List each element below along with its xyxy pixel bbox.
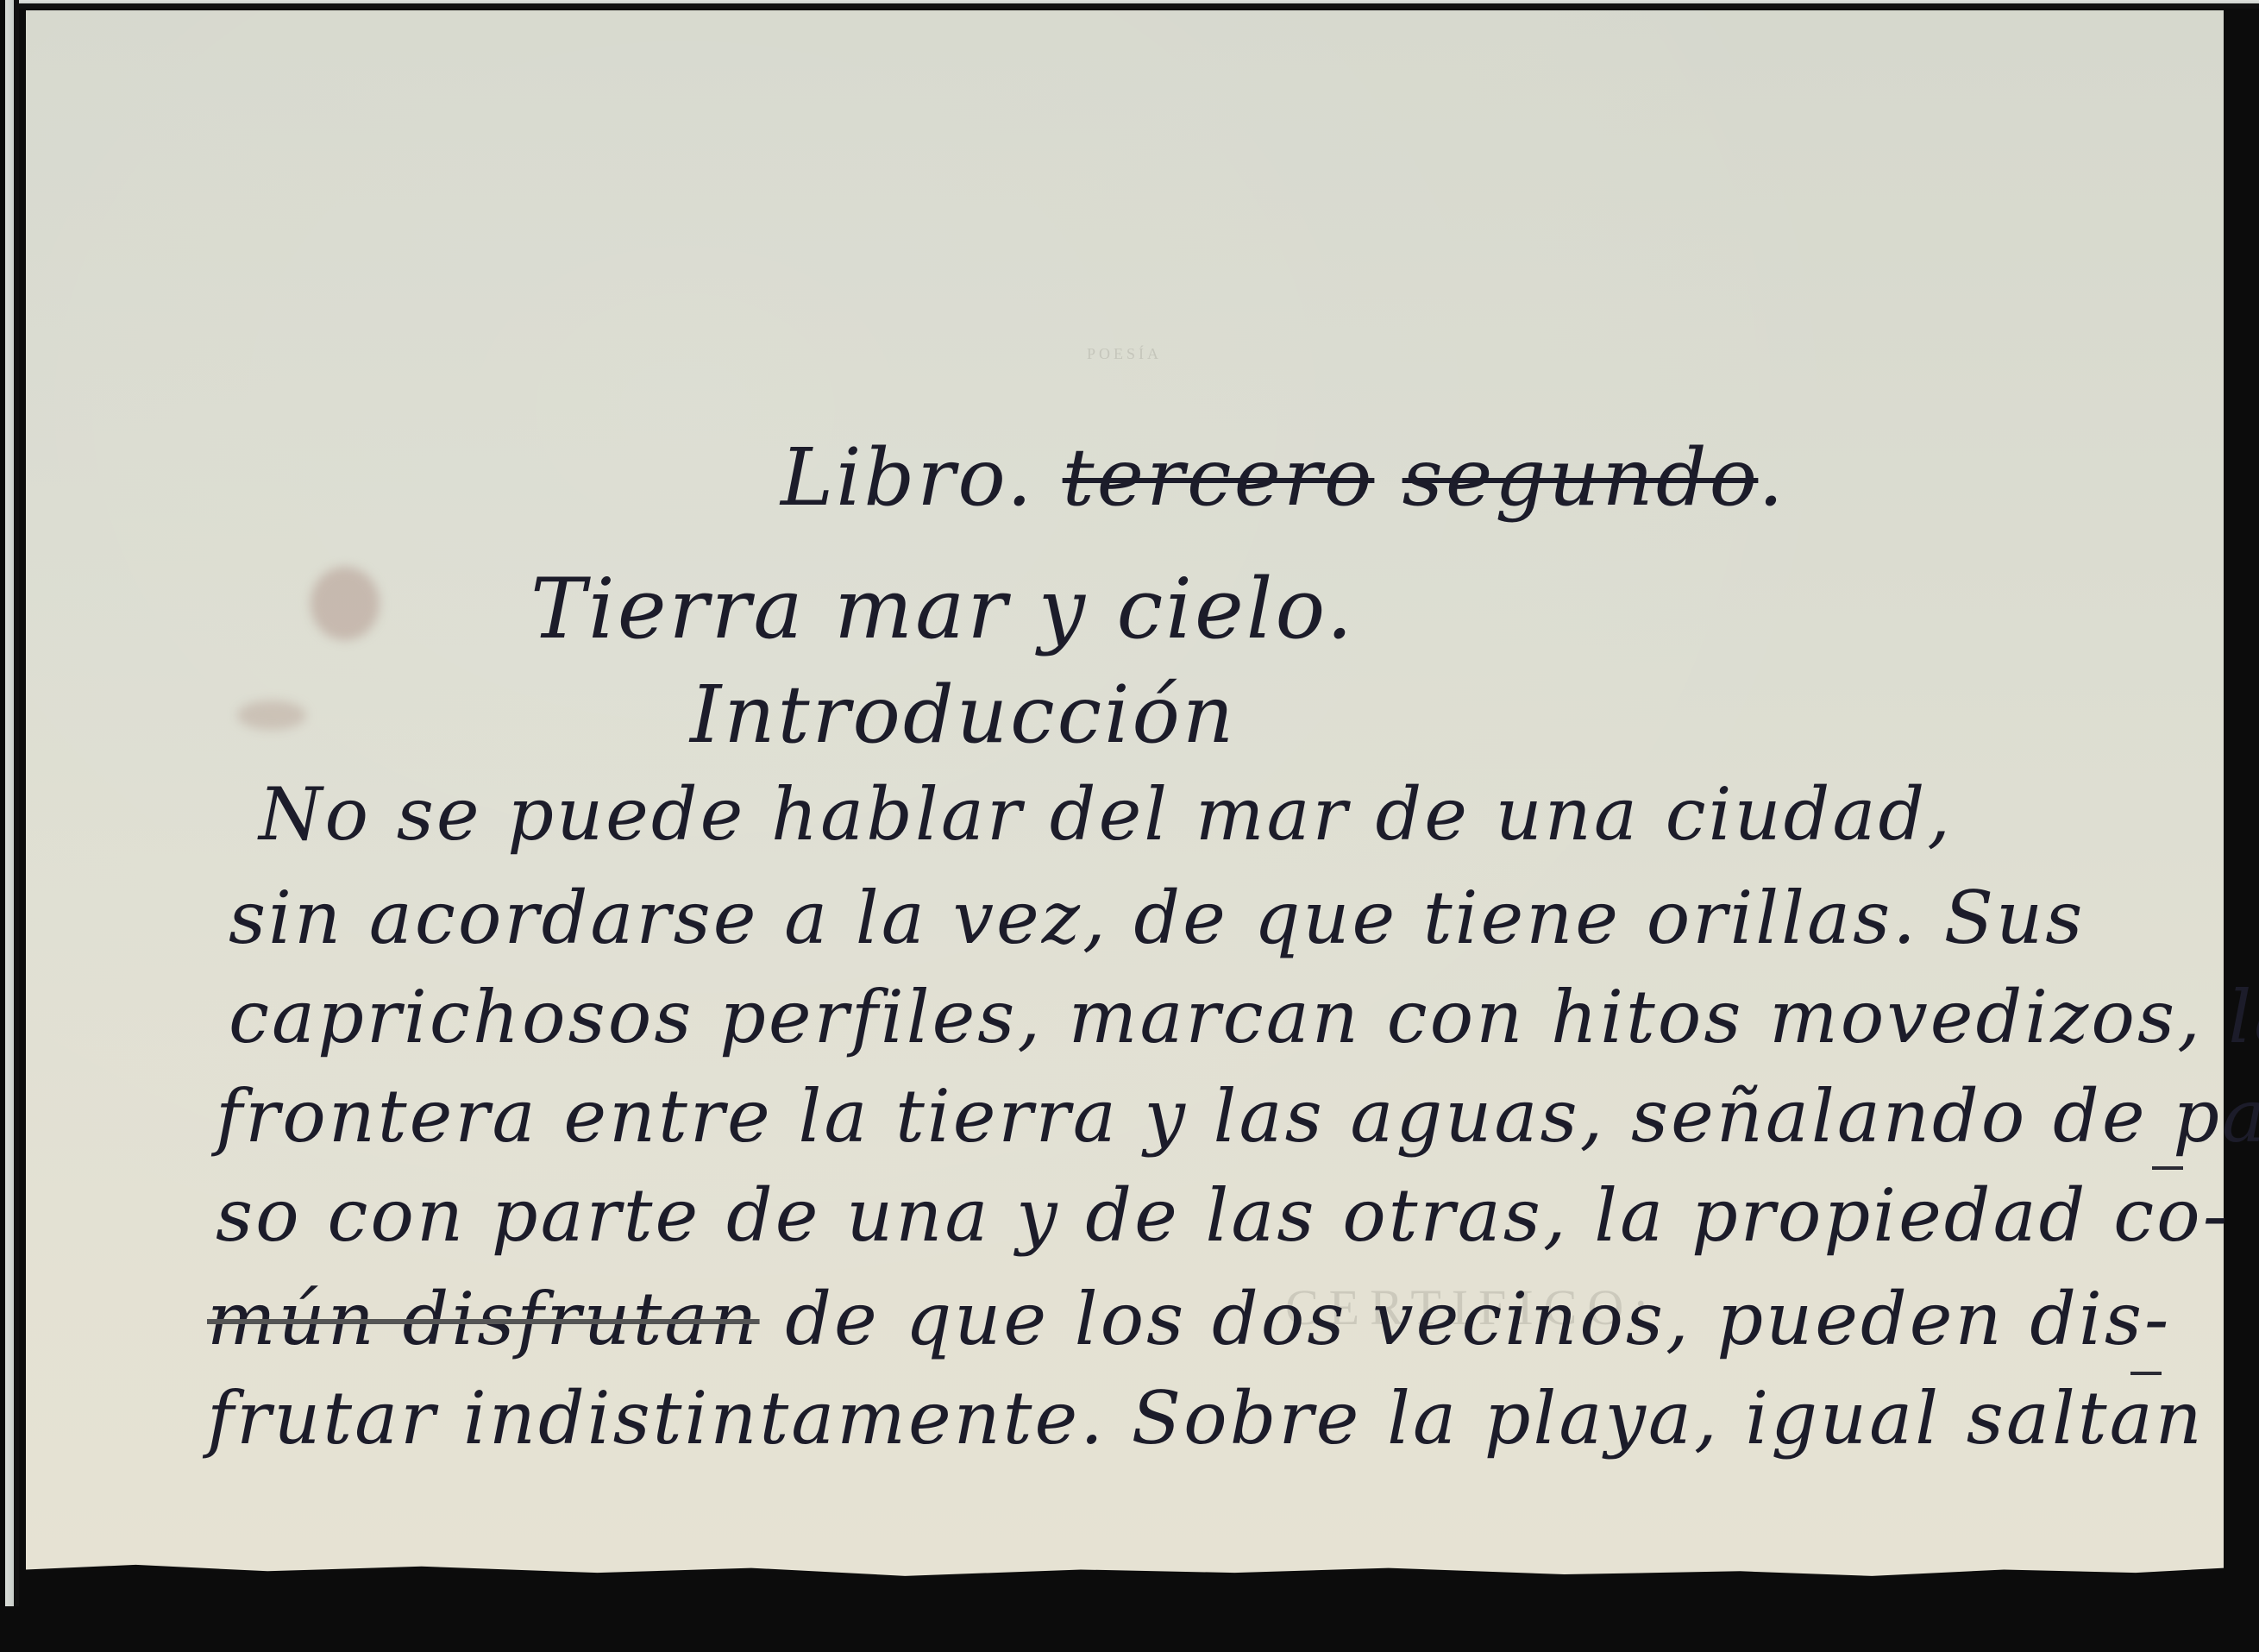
body-line-2: sin acordarse a la vez, de que tiene ori… (229, 876, 2085, 960)
body-line-7: frutar indistintamente. Sobre la playa, … (207, 1376, 2205, 1460)
manuscript-text: Libro. tercero segundo. Tierra mar y cie… (0, 0, 2259, 1652)
body-line-3: caprichosos perfiles, marcan con hitos m… (229, 975, 2259, 1059)
body-line-6: mún disfrutan de que los dos vecinos, pu… (207, 1277, 2171, 1361)
section-heading: Introducción (690, 669, 1236, 761)
heading-prefix: Libro. (781, 431, 1034, 524)
body-line-1: No se puede hablar del mar de una ciudad… (259, 772, 1953, 857)
struck-words: mún disfrutan (207, 1277, 760, 1361)
heading-suffix: . (1758, 431, 1785, 524)
scanner-bottom-edge (0, 1606, 2259, 1652)
struck-word: tercero (1063, 431, 1375, 524)
struck-word: segundo (1402, 431, 1759, 524)
scanned-page: POESÍA CERTIFICO: años de edad de natura… (0, 0, 2259, 1652)
body-line-4: frontera entre la tierra y las aguas, se… (216, 1074, 2259, 1159)
book-heading: Libro. tercero segundo. (781, 431, 1786, 524)
hyphen-mark (2152, 1166, 2183, 1170)
body-line-6-text: de que los dos vecinos, pueden dis- (785, 1277, 2171, 1361)
hyphen-mark (2130, 1372, 2162, 1375)
body-line-5: so con parte de una y de las otras, la p… (216, 1173, 2230, 1258)
title: Tierra mar y cielo. (530, 561, 1355, 657)
